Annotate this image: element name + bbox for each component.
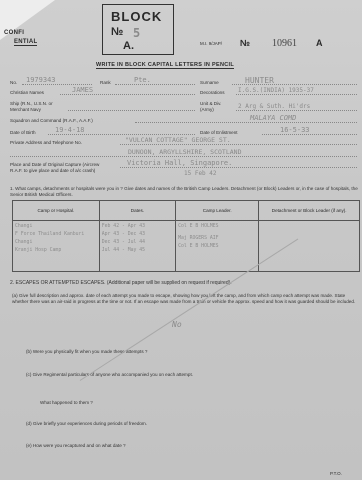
enlistment-label: Date of Enlistment [200, 130, 238, 136]
dates-entry: Apr 43 - Dec 43 [102, 231, 173, 239]
decorations-line [236, 94, 357, 95]
dates-cell: Feb 42 - Apr 43 Apr 43 - Dec 43 Dec 43 -… [99, 221, 175, 272]
camp-entry: Changi [15, 223, 97, 231]
block-label: BLOCK [111, 9, 162, 24]
capture-label: Place and Date of Original Capture (Airc… [10, 162, 105, 173]
table-row: Changi F Force Thailand Kanburi Changi K… [13, 221, 360, 272]
unit-line [236, 110, 357, 111]
question-2d: (d) Give briefly your experiences during… [26, 421, 147, 427]
rank-value: Pte. [134, 76, 151, 84]
christian-names-label: Christian Names [10, 90, 44, 96]
capture-place-rule [120, 167, 357, 168]
squadron-line [135, 122, 357, 123]
col-dates: Dates. [99, 201, 175, 221]
camp-entry: Kranji Hosp Camp [15, 247, 97, 255]
question-2c: (c) Give Regimental particulars of anyon… [26, 372, 193, 378]
decorations-value: I.G.S.(INDIA) 1935-37 [238, 87, 314, 94]
address-line-2: DUNOON, ARGYLLSHIRE, SCOTLAND [128, 148, 242, 156]
block-leader-cell [259, 221, 360, 272]
no-value: 1979343 [26, 76, 56, 84]
ship-label: Ship (R.N., U.S.N. or Merchant Navy [10, 101, 70, 112]
question-2a-answer: No [172, 320, 182, 329]
form-suffix: A [316, 38, 323, 48]
camps-table: Camp or Hospital. Dates. Camp Leader. De… [12, 200, 360, 272]
col-camp: Camp or Hospital. [13, 201, 100, 221]
address-line-1: "VULCAN COTTAGE" GEORGE ST. [125, 136, 231, 144]
dates-entry: Dec 43 - Jul 44 [102, 239, 173, 247]
christian-line [60, 94, 195, 95]
address-label: Private Address and Telephone No. [10, 140, 82, 146]
squadron-label: Squadron and Command (R.A.F., A.A.F.) [10, 118, 93, 124]
confidential-stamp-1: CONFI [4, 30, 24, 36]
col-leader: Camp Leader. [176, 201, 259, 221]
col-block: Detachment or Block Leader (if any). [259, 201, 360, 221]
confidential-stamp-2: ENTIAL [14, 39, 37, 46]
form-no-label: № [240, 38, 250, 48]
ship-line [68, 110, 195, 111]
address-line-1-rule [120, 144, 357, 145]
camp-cell: Changi F Force Thailand Kanburi Changi K… [13, 221, 100, 272]
block-letter: A. [123, 40, 134, 52]
dob-line [48, 134, 195, 135]
address-line-2-rule [10, 156, 357, 157]
block-no-label: № [111, 26, 123, 38]
block-box: BLOCK № 5 A. [102, 4, 174, 55]
leader-entry: Maj ROGERS AIF [178, 235, 256, 243]
rank-label: Rank [100, 80, 111, 86]
question-2-title: 2. ESCAPES OR ATTEMPTED ESCAPES. (Additi… [10, 280, 360, 287]
question-1-text: 1. What camps, detachments or hospitals … [10, 186, 360, 198]
christian-names-value: JAMES [72, 86, 93, 94]
question-2a: (a) Give full description and approx. da… [12, 293, 358, 305]
rank-line [115, 84, 195, 85]
unit-label: Unit & Div. (Army) [200, 101, 230, 112]
leader-entry: Col E B HOLMES [178, 243, 256, 251]
document-page: CONFI ENTIAL BLOCK № 5 A. M.I. 9/JAP/ № … [0, 0, 362, 480]
pto-note: P.T.O. [330, 471, 342, 476]
camp-entry: F Force Thailand Kanburi [15, 231, 97, 239]
form-ref: M.I. 9/JAP/ [200, 41, 222, 46]
capture-place: Victoria Hall, Singapore. [127, 159, 232, 167]
surname-label: Surname [200, 80, 219, 86]
leader-cell: Col E B HOLMES Maj ROGERS AIF Col E B HO… [176, 221, 259, 272]
no-label: No. [10, 80, 17, 86]
dates-entry: Jul 44 - May 45 [102, 247, 173, 255]
question-2c-followup: What happened to them ? [40, 400, 93, 406]
leader-entry: Col E B HOLMES [178, 223, 256, 231]
enlistment-value: 16-5-33 [280, 126, 310, 134]
dates-entry: Feb 42 - Apr 43 [102, 223, 173, 231]
instruction-heading: WRITE IN BLOCK CAPITAL LETTERS IN PENCIL [96, 62, 234, 69]
enlistment-line [262, 134, 357, 135]
question-2e: (e) How were you recaptured and on what … [26, 443, 126, 449]
unit-value-2: MALAYA COMD [250, 114, 296, 122]
unit-value: 2 Arg & Suth. Hi'drs [238, 103, 310, 110]
form-number: 10961 [272, 38, 297, 49]
decorations-label: Decorations [200, 90, 225, 96]
capture-date: 15 Feb 42 [184, 170, 217, 177]
no-line [22, 84, 92, 85]
surname-line [232, 84, 357, 85]
camp-entry: Changi [15, 239, 97, 247]
dob-label: Date of Birth [10, 130, 36, 136]
block-no-value: 5 [133, 26, 140, 40]
dob-value: 19-4-18 [55, 126, 85, 134]
question-2b: (b) Were you physically fit when you mad… [26, 349, 147, 355]
